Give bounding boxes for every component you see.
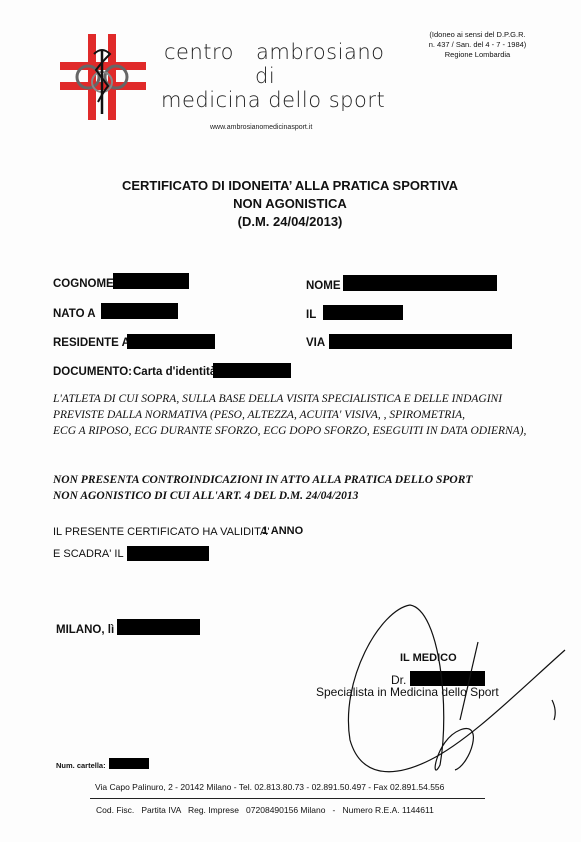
nome-redacted [343, 275, 497, 291]
title-line1: CERTIFICATO DI IDONEITA’ ALLA PRATICA SP… [100, 177, 480, 195]
cognome-redacted [113, 273, 189, 289]
para1-line1: L'ATLETA DI CUI SOPRA, SULLA BASE DELLA … [53, 391, 573, 407]
logo-line3: medicina dello sport [161, 88, 385, 112]
logo-icon [58, 32, 148, 122]
expiry-label: E SCADRA' IL [53, 548, 124, 560]
para1-line2: PREVISTE DALLA NORMATIVA (PESO, ALTEZZA,… [53, 407, 573, 423]
footer-fiscal: Cod. Fisc. Partita IVA Reg. Imprese 0720… [96, 805, 434, 815]
approval-note: (Idoneo ai sensi del D.P.G.R. n. 437 / S… [410, 30, 545, 60]
via-redacted [329, 334, 512, 349]
approval-line3: Regione Lombardia [410, 50, 545, 60]
validity-label: IL PRESENTE CERTIFICATO HA VALIDITA' [53, 526, 269, 538]
record-redacted [109, 758, 149, 769]
approval-line1: (Idoneo ai sensi del D.P.G.R. [410, 30, 545, 40]
para2-line1: NON PRESENTA CONTROINDICAZIONI IN ATTO A… [53, 472, 553, 488]
via-label: VIA [306, 337, 325, 349]
documento-type: Carta d'identità: [133, 366, 220, 378]
title-line2: NON AGONISTICA [100, 195, 480, 213]
expiry-redacted [127, 546, 209, 561]
residente-label: RESIDENTE A [53, 337, 130, 349]
website: www.ambrosianomedicinasport.it [210, 124, 312, 131]
cognome-label: COGNOME [53, 278, 114, 290]
logo-line2: di [255, 64, 275, 88]
record-label: Num. cartella: [56, 761, 106, 770]
nato-a-label: NATO A [53, 308, 96, 320]
footer-divider [90, 798, 485, 799]
place-label: MILANO, lì [56, 624, 114, 636]
para2-line2: NON AGONISTICO DI CUI ALL'ART. 4 DEL D.M… [53, 488, 553, 504]
il-redacted [323, 305, 403, 320]
documento-redacted [213, 363, 291, 378]
nato-a-redacted [101, 303, 178, 319]
il-label: IL [306, 309, 316, 321]
signature-scribble [320, 590, 580, 790]
validity-value: 1 ANNO [262, 525, 303, 537]
title-line3: (D.M. 24/04/2013) [100, 213, 480, 231]
date-redacted [117, 619, 200, 635]
visit-paragraph: L'ATLETA DI CUI SOPRA, SULLA BASE DELLA … [53, 391, 573, 439]
certificate-title: CERTIFICATO DI IDONEITA’ ALLA PRATICA SP… [100, 177, 480, 231]
footer-address: Via Capo Palinuro, 2 - 20142 Milano - Te… [95, 782, 444, 792]
nome-label: NOME [306, 280, 341, 292]
para1-line3: ECG A RIPOSO, ECG DURANTE SFORZO, ECG DO… [53, 423, 573, 439]
red-cross-caduceus-olympic-rings-icon [58, 32, 148, 122]
approval-line2: n. 437 / San. del 4 - 7 - 1984) [410, 40, 545, 50]
logo-line1-left: centro [164, 40, 234, 64]
residente-redacted [127, 334, 215, 349]
documento-label: DOCUMENTO: [53, 366, 132, 378]
no-contraindication-paragraph: NON PRESENTA CONTROINDICAZIONI IN ATTO A… [53, 472, 553, 504]
logo-line1-right: ambrosiano [256, 40, 384, 64]
